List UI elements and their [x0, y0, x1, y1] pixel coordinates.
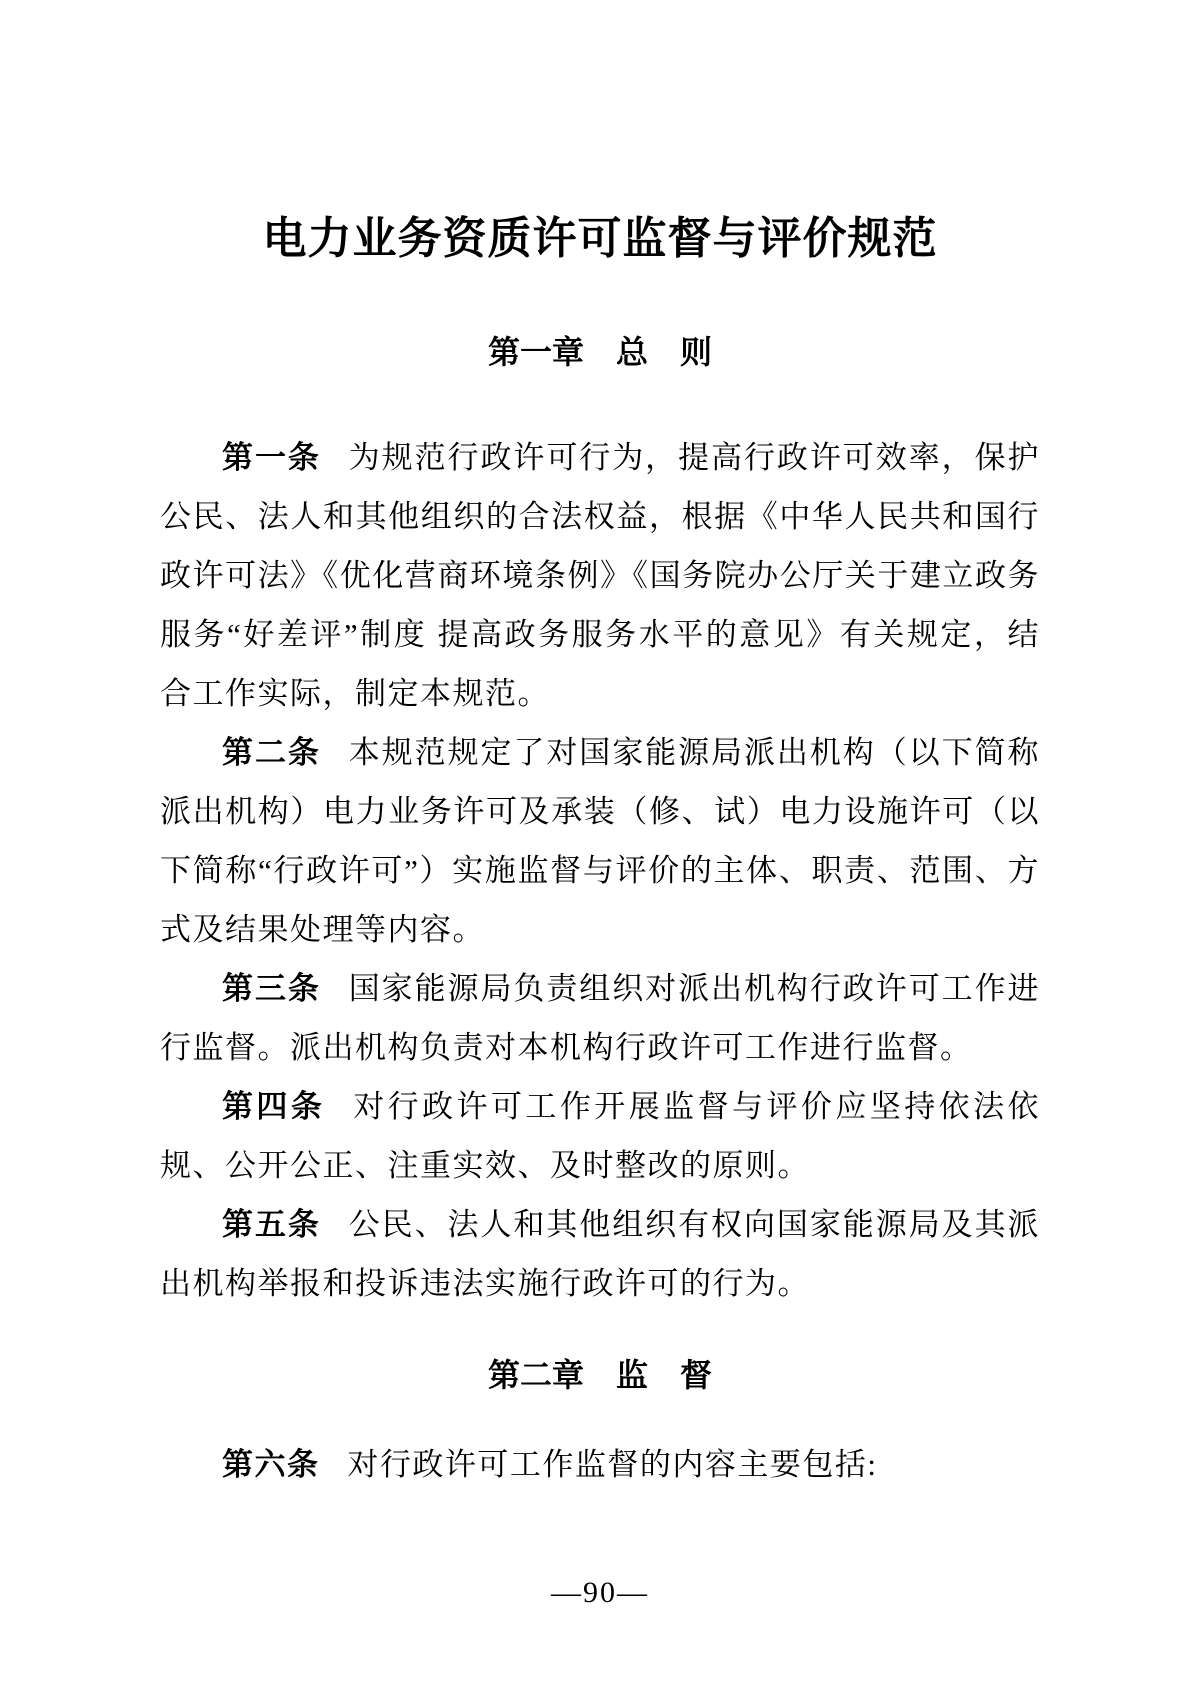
document-page: 电力业务资质许可监督与评价规范 第一章 总 则 第一条为规范行政许可行为，提高行… [0, 0, 1200, 1696]
article-label: 第六条 [222, 1447, 320, 1482]
chapter-2-heading: 第二章 监 督 [0, 1357, 1200, 1393]
article-label: 第五条 [222, 1207, 321, 1242]
article-text: 为规范行政许可行为，提高行政许可效率，保护公民、法人和其他组织的合法权益，根据《… [160, 440, 1040, 711]
article-paragraph-4: 第四条对行政许可工作开展监督与评价应坚持依法依规、公开公正、注重实效、及时整改的… [160, 1077, 1040, 1195]
article-paragraph-3: 第三条国家能源局负责组织对派出机构行政许可工作进行监督。派出机构负责对本机构行政… [160, 959, 1040, 1077]
article-label: 第三条 [222, 971, 321, 1006]
article-paragraph-2: 第二条本规范规定了对国家能源局派出机构（以下简称派出机构）电力业务许可及承装（修… [160, 723, 1040, 959]
article-paragraph-1: 第一条为规范行政许可行为，提高行政许可效率，保护公民、法人和其他组织的合法权益，… [160, 428, 1040, 723]
chapter-2-articles: 第六条对行政许可工作监督的内容主要包括: [160, 1435, 1040, 1494]
article-text: 对行政许可工作监督的内容主要包括: [347, 1447, 877, 1482]
article-label: 第一条 [222, 440, 321, 475]
article-label: 第二条 [222, 735, 321, 770]
body-column-2: 第六条对行政许可工作监督的内容主要包括: [0, 1435, 1200, 1494]
page-number: —90— [0, 1576, 1200, 1610]
chapter-1-articles: 第一条为规范行政许可行为，提高行政许可效率，保护公民、法人和其他组织的合法权益，… [160, 428, 1040, 1313]
article-paragraph-5: 第五条公民、法人和其他组织有权向国家能源局及其派出机构举报和投诉违法实施行政许可… [160, 1195, 1040, 1313]
body-column: 第一条为规范行政许可行为，提高行政许可效率，保护公民、法人和其他组织的合法权益，… [0, 428, 1200, 1313]
article-label: 第四条 [222, 1089, 325, 1124]
chapter-1-heading: 第一章 总 则 [0, 334, 1200, 370]
document-title: 电力业务资质许可监督与评价规范 [0, 0, 1200, 263]
article-paragraph-6: 第六条对行政许可工作监督的内容主要包括: [160, 1435, 1040, 1494]
